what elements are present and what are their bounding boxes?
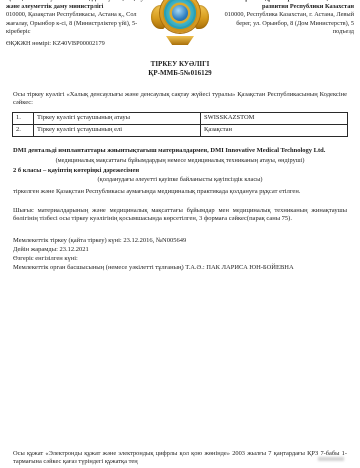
- device-name-caption: (медициналық мақсаттағы бұйымдардың неме…: [13, 157, 347, 164]
- holder-table: 1. Тіркеу куәлігі ұстаушының атауы SWISS…: [12, 112, 348, 137]
- row-number: 2.: [13, 124, 34, 136]
- device-name: DMI дентальді имплантаттары жиынтықтағыш…: [13, 147, 347, 155]
- registered-statement: тіркелген және Қазақстан Республикасы ау…: [13, 188, 347, 196]
- valid-until-line: Дейін жарамды: 23.12.2021: [13, 245, 347, 254]
- table-row: 1. Тіркеу куәлігі ұстаушының атауы SWISS…: [13, 112, 348, 124]
- row-value: Қазақстан: [201, 124, 348, 136]
- amendment-date-line: Өзгеріс енгізілген күні:: [13, 254, 347, 263]
- ministry-block-ru: Министерство здравоохранения и социально…: [214, 0, 354, 48]
- registration-details-block: Мемлекеттік тіркеу (қайта тіркеу) күні: …: [13, 236, 347, 273]
- certificate-title: ТІРКЕУ КУӘЛІГІ: [0, 60, 360, 69]
- row-number: 1.: [13, 112, 34, 124]
- risk-class-line: 2 б класы – қауіптің көтеріңкі дәрежесім…: [13, 167, 347, 174]
- footer-legal-text: Осы құжат «Электронды құжат және электро…: [13, 450, 347, 467]
- registry-id-line: ӨҚЖЖН нөмірі: KZ40VBP00002179: [6, 40, 146, 48]
- emblem-container: [148, 0, 212, 48]
- ministry-block-kk: Қазақстан Республикасының Денсаулық сақт…: [6, 0, 146, 48]
- kazakhstan-state-emblem-image: [151, 0, 209, 45]
- certificate-title-block: ТІРКЕУ КУӘЛІГІ ҚР-ММБ-5№016129: [0, 60, 360, 79]
- official-name-line: Мемлекеттік орган басшысының (немесе уәк…: [13, 263, 347, 272]
- emblem-center-orb: [172, 5, 188, 21]
- certificate-number: ҚР-ММБ-5№016129: [0, 69, 360, 78]
- registration-date-line: Мемлекеттік тіркеу (қайта тіркеу) күні: …: [13, 236, 347, 245]
- row-label: Тіркеу куәлігі ұстаушының атауы: [34, 112, 201, 124]
- ministry-address-kk: 010000, Қазақстан Республикасы, Астана қ…: [6, 11, 146, 36]
- registration-certificate-document: Қазақстан Республикасының Денсаулық сақт…: [0, 0, 360, 468]
- row-label: Тіркеу куәлігі ұстаушының елі: [34, 124, 201, 136]
- emblem-disc: [160, 0, 200, 33]
- ministry-address-ru: 010000, Республика Казахстан, г. Астана,…: [214, 11, 354, 36]
- ministry-name-ru: Министерство здравоохранения и социально…: [214, 0, 354, 11]
- intro-paragraph: Осы тіркеу куәлігі «Халық денсаулығы жән…: [13, 91, 347, 108]
- emblem-base-banner: [166, 36, 194, 45]
- document-header: Қазақстан Республикасының Денсаулық сақт…: [0, 0, 360, 48]
- annex-paragraph: Шығыс материалдарының және медициналық м…: [13, 207, 347, 224]
- footer-page-marker: [318, 457, 344, 461]
- table-row: 2. Тіркеу куәлігі ұстаушының елі Қазақст…: [13, 124, 348, 136]
- row-value: SWISSKAZSTOM: [201, 112, 348, 124]
- ministry-name-kk: Қазақстан Республикасының Денсаулық сақт…: [6, 0, 146, 11]
- risk-class-caption: (қолданудағы әлеуетті қауіпке байланысты…: [13, 176, 347, 183]
